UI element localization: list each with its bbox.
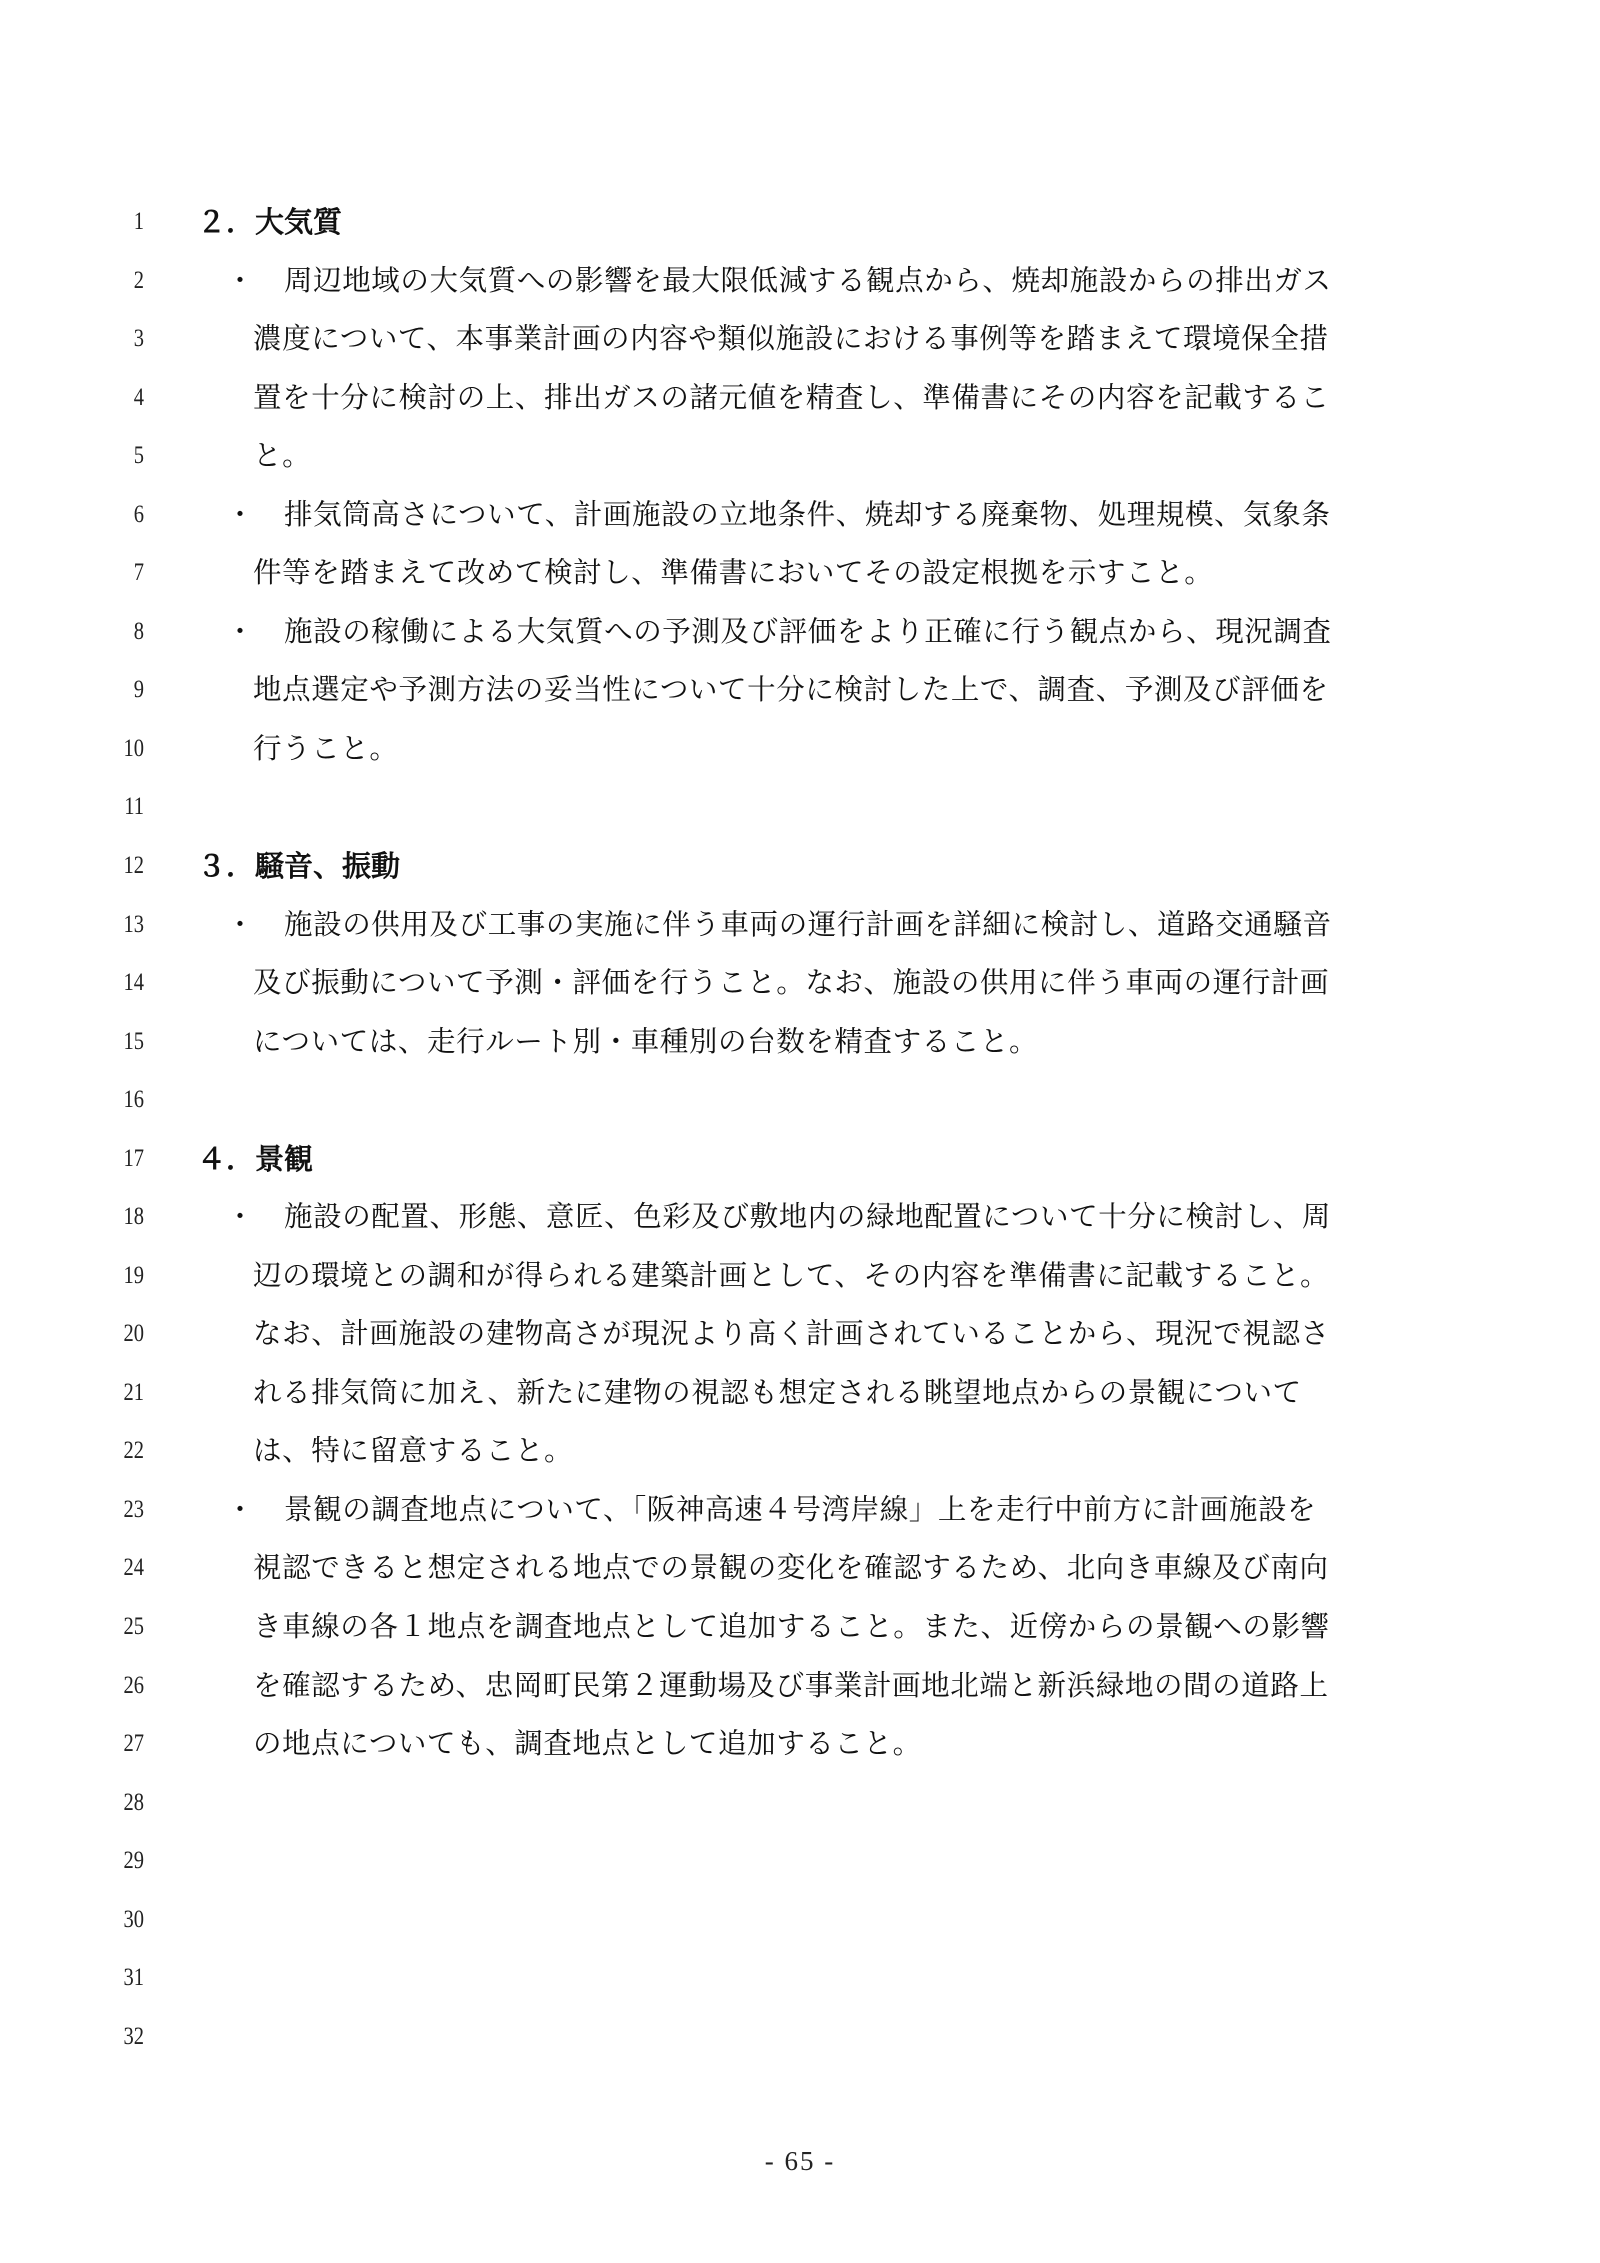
- line-22: 22 は、特に留意すること。: [0, 1422, 1600, 1480]
- section-heading-air-quality: ２．大気質: [197, 193, 342, 251]
- line-number: 22: [108, 1422, 144, 1480]
- line-23: 23 ・ 景観の調査地点について、「阪神高速４号湾岸線」上を走行中前方に計画施設…: [0, 1481, 1600, 1539]
- line-number: 24: [108, 1539, 144, 1597]
- line-28: 28: [0, 1774, 1600, 1832]
- bullet-text: 施設の供用及び工事の実施に伴う車両の運行計画を詳細に検討し、道路交通騒音: [284, 896, 1332, 954]
- line-17: 17 ４．景観: [0, 1130, 1600, 1188]
- line-number: 14: [108, 954, 144, 1012]
- line-6: 6 ・ 排気筒高さについて、計画施設の立地条件、焼却する廃棄物、処理規模、気象条: [0, 486, 1600, 544]
- line-number: 31: [108, 1949, 144, 2007]
- line-number: 28: [108, 1774, 144, 1832]
- line-5: 5 と。: [0, 427, 1600, 485]
- line-7: 7 件等を踏まえて改めて検討し、準備書においてその設定根拠を示すこと。: [0, 544, 1600, 602]
- bullet-icon: ・: [226, 896, 254, 954]
- page-number: - 65 -: [0, 2146, 1600, 2177]
- line-number: 27: [108, 1715, 144, 1773]
- line-number: 12: [108, 837, 144, 895]
- line-30: 30: [0, 1891, 1600, 1949]
- line-15: 15 については、走行ルート別・車種別の台数を精査すること。: [0, 1013, 1600, 1071]
- line-4: 4 置を十分に検討の上、排出ガスの諸元値を精査し、準備書にその内容を記載するこ: [0, 369, 1600, 427]
- line-20: 20 なお、計画施設の建物高さが現況より高く計画されていることから、現況で視認さ: [0, 1305, 1600, 1363]
- continuation-text: 及び振動について予測・評価を行うこと。なお、施設の供用に伴う車両の運行計画: [253, 954, 1329, 1012]
- section-heading-noise-vibration: ３．騒音、振動: [197, 837, 400, 895]
- line-number: 11: [108, 778, 144, 836]
- line-number: 17: [108, 1130, 144, 1188]
- bullet-text: 施設の配置、形態、意匠、色彩及び敷地内の緑地配置について十分に検討し、周: [284, 1188, 1331, 1246]
- line-number: 20: [108, 1305, 144, 1363]
- line-number: 7: [108, 544, 144, 602]
- line-number: 32: [108, 2008, 144, 2066]
- line-number: 8: [108, 603, 144, 661]
- line-number: 30: [108, 1891, 144, 1949]
- line-10: 10 行うこと。: [0, 720, 1600, 778]
- bullet-text: 排気筒高さについて、計画施設の立地条件、焼却する廃棄物、処理規模、気象条: [284, 486, 1330, 544]
- line-number: 5: [108, 427, 144, 485]
- line-number: 9: [108, 661, 144, 719]
- continuation-text: 視認できると想定される地点での景観の変化を確認するため、北向き車線及び南向: [253, 1539, 1329, 1597]
- bullet-text: 施設の稼働による大気質への予測及び評価をより正確に行う観点から、現況調査: [284, 603, 1332, 661]
- continuation-text: き車線の各１地点を調査地点として追加すること。また、近傍からの景観への影響: [253, 1598, 1330, 1656]
- bullet-icon: ・: [226, 486, 254, 544]
- line-number: 16: [108, 1071, 144, 1129]
- line-9: 9 地点選定や予測方法の妥当性について十分に検討した上で、調査、予測及び評価を: [0, 661, 1600, 719]
- continuation-text: と。: [253, 427, 311, 485]
- line-number: 26: [108, 1657, 144, 1715]
- line-number: 4: [108, 369, 144, 427]
- line-2: 2 ・ 周辺地域の大気質への影響を最大限低減する観点から、焼却施設からの排出ガス: [0, 252, 1600, 310]
- line-number: 1: [108, 193, 144, 251]
- line-21: 21 れる排気筒に加え、新たに建物の視認も想定される眺望地点からの景観について: [0, 1364, 1600, 1422]
- line-16: 16: [0, 1071, 1600, 1129]
- line-14: 14 及び振動について予測・評価を行うこと。なお、施設の供用に伴う車両の運行計画: [0, 954, 1600, 1012]
- bullet-icon: ・: [226, 252, 254, 310]
- line-number: 3: [108, 310, 144, 368]
- bullet-icon: ・: [226, 1481, 254, 1539]
- bullet-icon: ・: [226, 603, 254, 661]
- line-27: 27 の地点についても、調査地点として追加すること。: [0, 1715, 1600, 1773]
- line-number: 2: [108, 252, 144, 310]
- continuation-text: 件等を踏まえて改めて検討し、準備書においてその設定根拠を示すこと。: [253, 544, 1213, 602]
- bullet-text: 景観の調査地点について、「阪神高速４号湾岸線」上を走行中前方に計画施設を: [284, 1481, 1316, 1539]
- line-19: 19 辺の環境との調和が得られる建築計画として、その内容を準備書に記載すること。: [0, 1247, 1600, 1305]
- line-32: 32: [0, 2008, 1600, 2066]
- line-1: 1 ２．大気質: [0, 193, 1600, 251]
- line-number: 6: [108, 486, 144, 544]
- line-number: 29: [108, 1832, 144, 1890]
- bullet-icon: ・: [226, 1188, 254, 1246]
- line-number: 23: [108, 1481, 144, 1539]
- continuation-text: は、特に留意すること。: [253, 1422, 573, 1480]
- line-25: 25 き車線の各１地点を調査地点として追加すること。また、近傍からの景観への影響: [0, 1598, 1600, 1656]
- continuation-text: なお、計画施設の建物高さが現況より高く計画されていることから、現況で視認さ: [253, 1305, 1330, 1363]
- continuation-text: を確認するため、忠岡町民第２運動場及び事業計画地北端と新浜緑地の間の道路上: [253, 1657, 1329, 1715]
- continuation-text: 行うこと。: [253, 720, 399, 778]
- line-12: 12 ３．騒音、振動: [0, 837, 1600, 895]
- section-heading-landscape: ４．景観: [197, 1130, 313, 1188]
- continuation-text: 濃度について、本事業計画の内容や類似施設における事例等を踏まえて環境保全措: [253, 310, 1329, 368]
- line-number: 15: [108, 1013, 144, 1071]
- line-number: 21: [108, 1364, 144, 1422]
- continuation-text: れる排気筒に加え、新たに建物の視認も想定される眺望地点からの景観について: [253, 1364, 1302, 1422]
- line-24: 24 視認できると想定される地点での景観の変化を確認するため、北向き車線及び南向: [0, 1539, 1600, 1597]
- line-31: 31: [0, 1949, 1600, 2007]
- line-26: 26 を確認するため、忠岡町民第２運動場及び事業計画地北端と新浜緑地の間の道路上: [0, 1657, 1600, 1715]
- continuation-text: 辺の環境との調和が得られる建築計画として、その内容を準備書に記載すること。: [253, 1247, 1329, 1305]
- line-number: 13: [108, 896, 144, 954]
- line-number: 18: [108, 1188, 144, 1246]
- bullet-text: 周辺地域の大気質への影響を最大限低減する観点から、焼却施設からの排出ガス: [284, 252, 1332, 310]
- line-8: 8 ・ 施設の稼働による大気質への予測及び評価をより正確に行う観点から、現況調査: [0, 603, 1600, 661]
- continuation-text: 置を十分に検討の上、排出ガスの諸元値を精査し、準備書にその内容を記載するこ: [253, 369, 1330, 427]
- continuation-text: については、走行ルート別・車種別の台数を精査すること。: [253, 1013, 1038, 1071]
- line-18: 18 ・ 施設の配置、形態、意匠、色彩及び敷地内の緑地配置について十分に検討し、…: [0, 1188, 1600, 1246]
- line-13: 13 ・ 施設の供用及び工事の実施に伴う車両の運行計画を詳細に検討し、道路交通騒…: [0, 896, 1600, 954]
- line-number: 10: [108, 720, 144, 778]
- line-number: 25: [108, 1598, 144, 1656]
- continuation-text: の地点についても、調査地点として追加すること。: [253, 1715, 922, 1773]
- continuation-text: 地点選定や予測方法の妥当性について十分に検討した上で、調査、予測及び評価を: [253, 661, 1329, 719]
- document-page: 1 ２．大気質 2 ・ 周辺地域の大気質への影響を最大限低減する観点から、焼却施…: [0, 0, 1600, 2263]
- line-11: 11: [0, 778, 1600, 836]
- line-number: 19: [108, 1247, 144, 1305]
- line-3: 3 濃度について、本事業計画の内容や類似施設における事例等を踏まえて環境保全措: [0, 310, 1600, 368]
- line-29: 29: [0, 1832, 1600, 1890]
